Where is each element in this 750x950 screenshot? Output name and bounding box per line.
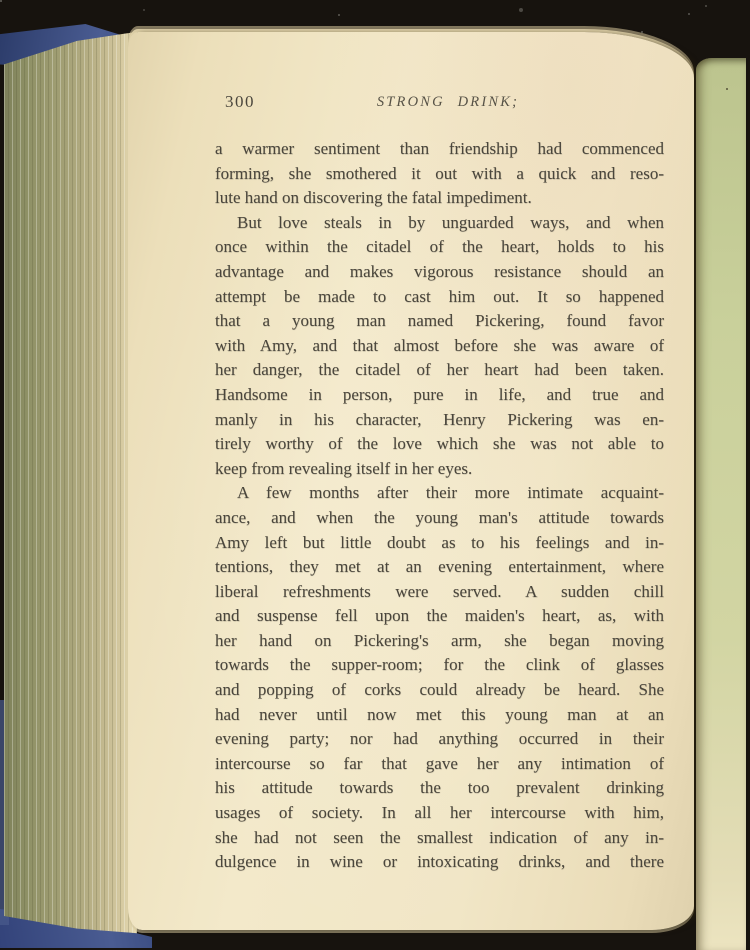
text-line: liberal refreshments were served. A sudd…: [215, 580, 664, 605]
text-line: intercourse so far that gave her any int…: [215, 752, 664, 777]
text-line: with Amy, and that almost before she was…: [215, 334, 664, 359]
text-line: his attitude towards the too prevalent d…: [215, 776, 664, 801]
text-line: But love steals in by unguarded ways, an…: [215, 211, 664, 236]
text-line: a warmer sentiment than friendship had c…: [215, 137, 664, 162]
text-line: attempt be made to cast him out. It so h…: [215, 285, 664, 310]
text-line: Amy left but little doubt as to his feel…: [215, 531, 664, 556]
text-line: forming, she smothered it out with a qui…: [215, 162, 664, 187]
text-line: once within the citadel of the heart, ho…: [215, 235, 664, 260]
book-page: 300 STRONG DRINK; a warmer sentiment tha…: [128, 32, 694, 930]
text-line: usages of society. In all her intercours…: [215, 801, 664, 826]
fanned-page-edges: [4, 30, 137, 935]
text-line: dulgence in wine or intoxicating drinks,…: [215, 850, 664, 875]
paragraph: A few months after their more intimate a…: [215, 481, 664, 875]
text-line: manly in his character, Henry Pickering …: [215, 408, 664, 433]
facing-page-edge: [696, 58, 746, 950]
text-line: tirely worthy of the love which she was …: [215, 432, 664, 457]
text-line: keep from revealing itself in her eyes.: [215, 457, 664, 482]
dust-specks: [0, 0, 2, 2]
text-line: lute hand on discovering the fatal imped…: [215, 186, 664, 211]
text-line: her danger, the citadel of her heart had…: [215, 358, 664, 383]
text-line: towards the supper-room; for the clink o…: [215, 653, 664, 678]
text-line: ance, and when the young man's attitude …: [215, 506, 664, 531]
text-line: advantage and makes vigorous resistance …: [215, 260, 664, 285]
text-line: her hand on Pickering's arm, she began m…: [215, 629, 664, 654]
book-scan: { "colors": { "background": "#17130e", "…: [0, 0, 750, 950]
text-line: and suspense fell upon the maiden's hear…: [215, 604, 664, 629]
text-line: A few months after their more intimate a…: [215, 481, 664, 506]
paragraph: a warmer sentiment than friendship had c…: [215, 137, 664, 211]
text-line: that a young man named Pickering, found …: [215, 309, 664, 334]
page-body-text: a warmer sentiment than friendship had c…: [215, 137, 664, 875]
text-line: and popping of corks could already be he…: [215, 678, 664, 703]
paragraph: But love steals in by unguarded ways, an…: [215, 211, 664, 482]
text-line: she had not seen the smallest indication…: [215, 826, 664, 851]
text-line: tentions, they met at an evening enterta…: [215, 555, 664, 580]
text-line: evening party; nor had anything occurred…: [215, 727, 664, 752]
text-line: had never until now met this young man a…: [215, 703, 664, 728]
running-header: STRONG DRINK;: [215, 94, 664, 111]
text-line: Handsome in person, pure in life, and tr…: [215, 383, 664, 408]
